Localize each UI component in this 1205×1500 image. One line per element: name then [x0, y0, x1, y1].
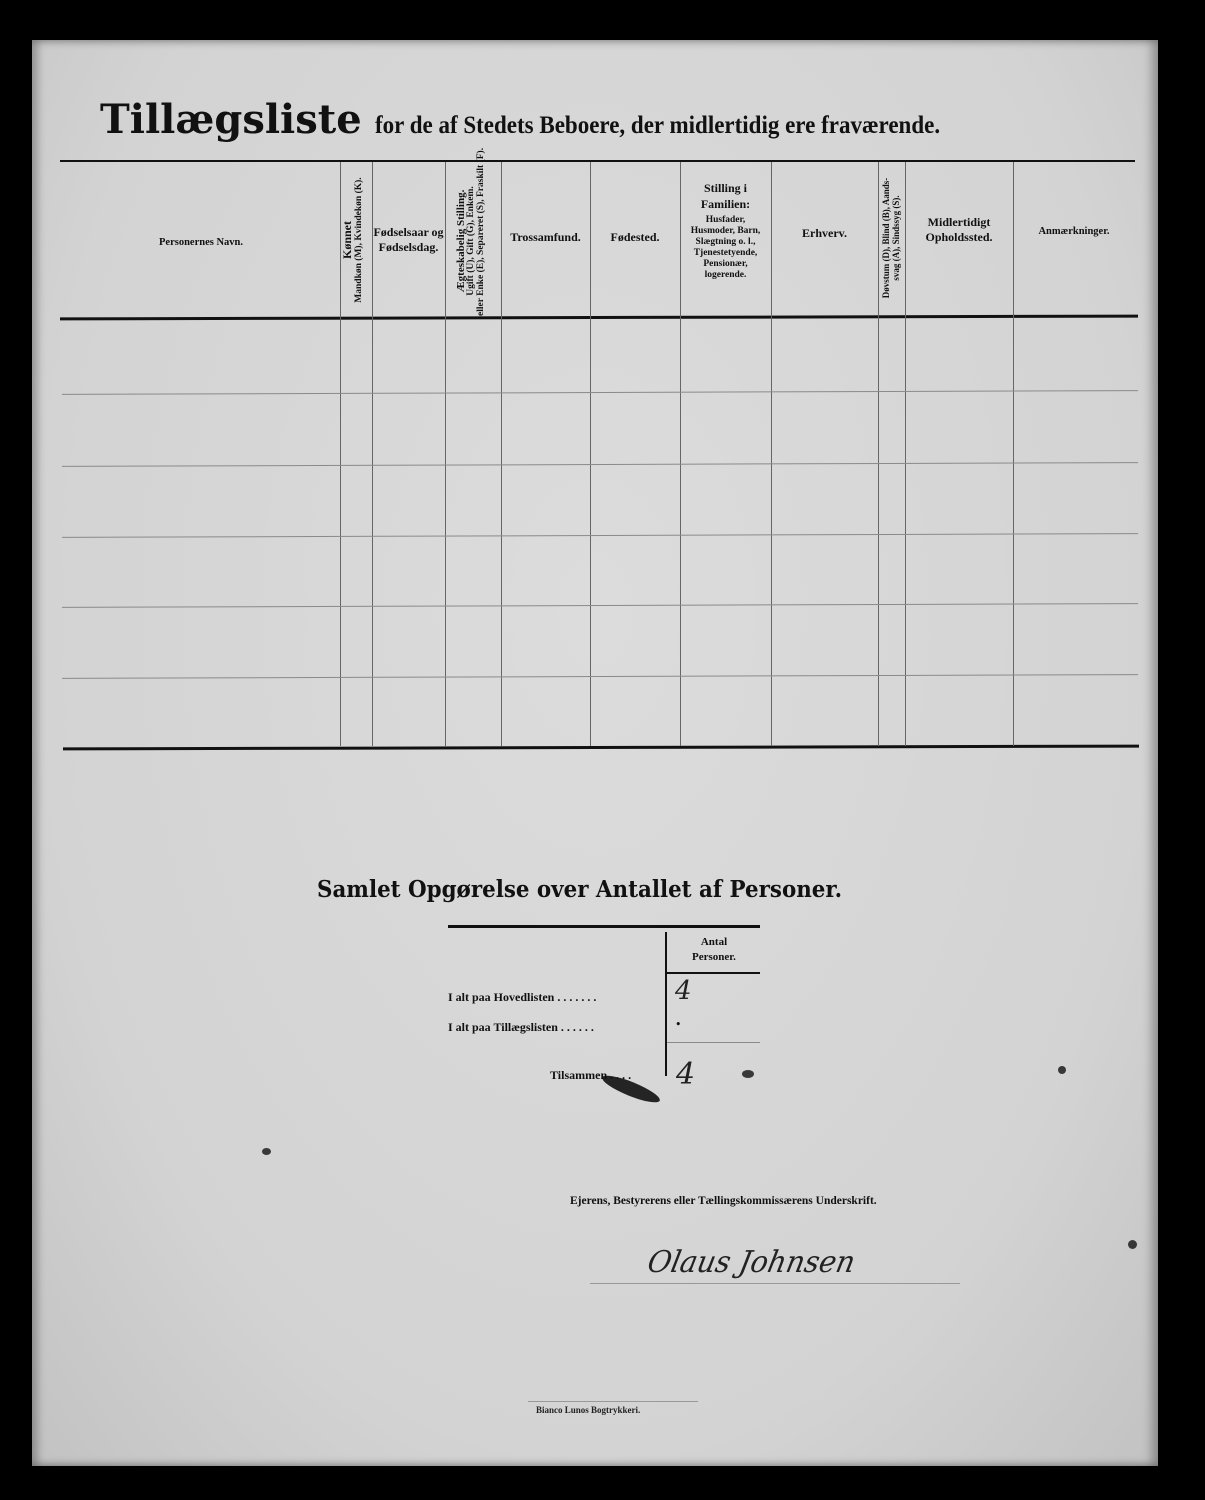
header-label: Døvstum (D), Blind (B), Aands-: [881, 163, 891, 313]
summary-column-header: Antal Personer.: [668, 935, 760, 965]
col-divider: [771, 162, 772, 746]
header-anmaerkninger: Anmærkninger.: [1013, 219, 1135, 243]
header-label: Midlertidigt Opholdssted.: [905, 215, 1013, 245]
col-divider: [878, 162, 879, 746]
summary-row-hovedlisten-value: 4: [675, 976, 692, 1006]
header-label: Fødselsaar og Fødselsdag.: [372, 225, 445, 255]
header-fodselsaar: Fødselsaar og Fødselsdag.: [372, 210, 445, 270]
header-label: Stilling i Familien:: [680, 180, 771, 212]
header-label: Fødested.: [611, 230, 660, 245]
col-divider: [445, 162, 446, 746]
summary-row-tillaegslisten-label: I alt paa Tillægslisten . . . . . .: [448, 1020, 594, 1035]
header-personernes-navn: Personernes Navn.: [62, 230, 340, 254]
header-label: Ægteskabelig Stilling.: [456, 166, 466, 316]
header-erhverv: Erhverv.: [771, 221, 878, 245]
ink-smudge: [1128, 1240, 1137, 1249]
col-divider: [590, 162, 591, 746]
title-main: Tillægsliste: [100, 96, 362, 143]
title-subtitle: for de af Stedets Beboere, der midlertid…: [375, 112, 940, 140]
summary-title: Samlet Opgørelse over Antallet af Person…: [317, 876, 842, 903]
header-label: Trossamfund.: [510, 230, 581, 245]
title-subtitle-prefix: for de af Stedets Beboere, der midlertid…: [375, 112, 815, 139]
col-divider: [501, 162, 502, 746]
summary-row-hovedlisten-label: I alt paa Hovedlisten . . . . . . .: [448, 990, 596, 1005]
ink-smudge: [1058, 1066, 1066, 1074]
col-divider: [1013, 162, 1014, 746]
printer-rule: [528, 1401, 698, 1402]
header-label: Kønnet: [341, 165, 354, 315]
header-label-sub: Ugift (U), Gift (G), Enkem.: [466, 166, 476, 316]
summary-row-tillaegslisten-value: •: [675, 1018, 682, 1031]
header-label-sub: eller Enke (E), Separeret (S), Fraskilt …: [476, 166, 486, 316]
header-label-sub: svag (A), Sindssyg (S).: [891, 163, 901, 313]
header-label-sub: Mandkøn (M), Kvindekøn (K).: [354, 165, 364, 315]
title-subtitle-bold: fraværende.: [821, 112, 940, 139]
ink-smudge: [742, 1070, 754, 1078]
summary-row-tilsammen-value: 4: [676, 1057, 695, 1092]
signature-label: Ejerens, Bestyrerens eller Tællingskommi…: [570, 1195, 877, 1207]
printer-imprint: Bianco Lunos Bogtrykkeri.: [536, 1405, 640, 1415]
header-aegteskabelig-stilling: Ægteskabelig Stilling. Ugift (U), Gift (…: [456, 166, 490, 316]
summary-header-line: Antal: [668, 935, 760, 950]
header-fodested: Fødested.: [590, 225, 680, 249]
summary-subtotal-rule: [667, 1042, 760, 1043]
summary-column-divider: [665, 932, 667, 1076]
header-dovstum-blind: Døvstum (D), Blind (B), Aands- svag (A),…: [881, 163, 903, 313]
header-konnet: Kønnet Mandkøn (M), Kvindekøn (K).: [341, 165, 371, 315]
header-trossamfund: Trossamfund.: [501, 225, 590, 249]
summary-header-rule: [667, 972, 760, 974]
table-top-rule: [60, 160, 1135, 162]
header-stilling-i-familien: Stilling i Familien: Husfader, Husmoder,…: [680, 180, 771, 281]
header-label: Anmærkninger.: [1038, 224, 1109, 239]
header-label: Personernes Navn.: [159, 235, 243, 250]
form-title: Tillægsliste for de af Stedets Beboere, …: [100, 96, 989, 143]
header-midlertidigt-opholdssted: Midlertidigt Opholdssted.: [905, 210, 1013, 250]
ink-smudge: [262, 1148, 271, 1155]
header-label-sub: Husfader, Husmoder, Barn, Slægtning o. l…: [680, 215, 771, 281]
summary-top-rule: [448, 925, 760, 928]
header-label: Erhverv.: [802, 226, 847, 241]
summary-header-line: Personer.: [668, 950, 760, 965]
signature-line: [590, 1283, 960, 1284]
handwritten-signature: Olaus Johnsen: [644, 1245, 858, 1280]
